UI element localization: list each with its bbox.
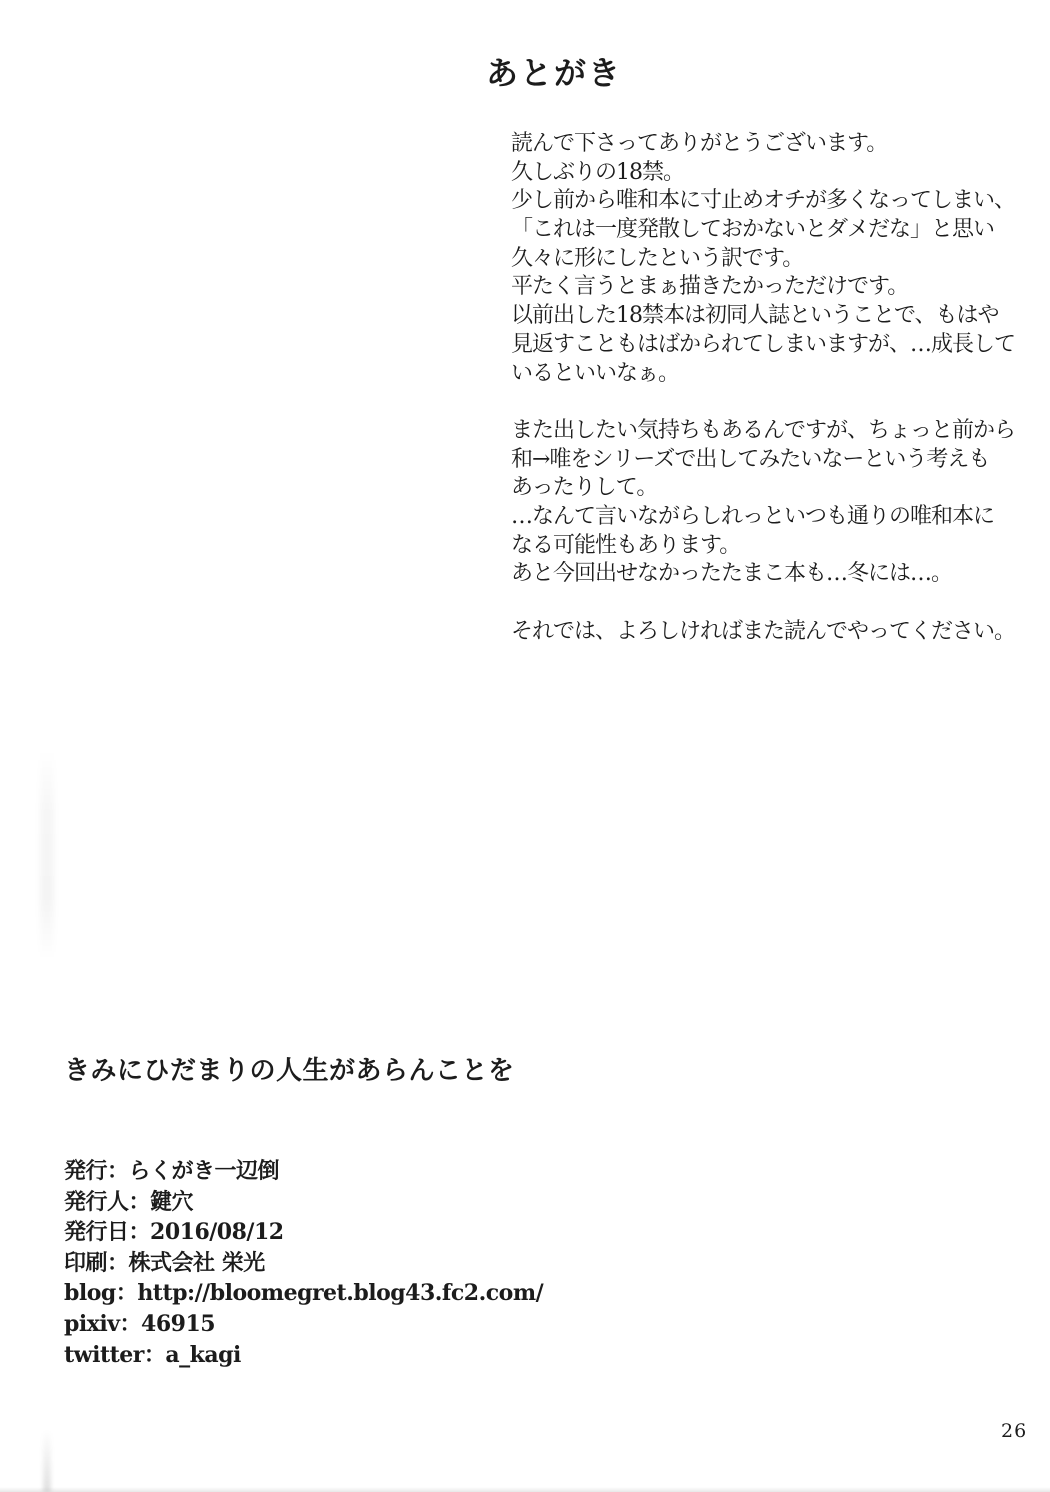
scanned-document-page: あとがき 読んで下さってありがとうございます。 久しぶりの18禁。 少し前から唯… [0,0,1050,1492]
colophon-separator: ： [116,1280,138,1306]
afterword-line: また出したい気持ちもあるんですが、ちょっと前から [511,417,1015,446]
afterword-line: 和→唯をシリーズで出してみたいなーという考えも [511,446,1015,475]
afterword-line: 見返すこともはばかられてしまいますが、…成長して [511,331,1015,360]
afterword-line: 少し前から唯和本に寸止めオチが多くなってしまい、 [511,187,1015,216]
colophon-label: blog [64,1280,116,1306]
colophon-separator: ： [144,1342,166,1368]
afterword-line: いるといいなぁ。 [511,360,1015,389]
colophon-value: らくがき一辺倒 [129,1158,280,1184]
colophon-entry-date: 発行日：2016/08/12 [64,1217,543,1248]
afterword-line: 平たく言うとまぁ描きたかっただけです。 [511,273,1015,302]
colophon-value: 2016/08/12 [150,1219,284,1245]
afterword-line: 久々に形にしたという訳です。 [511,245,1015,274]
colophon-label: pixiv [64,1311,120,1337]
afterword-body: 読んで下さってありがとうございます。 久しぶりの18禁。 少し前から唯和本に寸止… [511,130,1015,646]
colophon-value: http://bloomegret.blog43.fc2.com/ [137,1280,543,1306]
afterword-line: 「これは一度発散しておかないとダメだな」と思い [511,216,1015,245]
scan-artifact-streak [40,750,54,960]
afterword-line-blank [511,388,1015,417]
colophon-label: 印刷 [64,1250,107,1276]
colophon-value: 鍵穴 [150,1189,193,1215]
afterword-title: あとがき [486,48,622,94]
colophon-label: twitter [64,1342,144,1368]
afterword-line: あったりして。 [511,474,1015,503]
afterword-line: …なんて言いながらしれっといつも通りの唯和本に [511,503,1015,532]
colophon-entry-pixiv: pixiv：46915 [64,1309,543,1340]
colophon-label: 発行人 [64,1189,129,1215]
colophon-separator: ： [107,1158,129,1184]
page-number: 26 [1001,1420,1027,1442]
colophon-value: a_kagi [165,1342,241,1368]
afterword-line: それでは、よろしければまた読んでやってください。 [511,618,1015,647]
colophon-entry-author: 発行人：鍵穴 [64,1187,543,1218]
afterword-line: なる可能性もあります。 [511,532,1015,561]
scan-artifact-edge [0,1487,1050,1492]
colophon-separator: ： [129,1219,151,1245]
colophon-label: 発行 [64,1158,107,1184]
colophon-value: 株式会社 栄光 [129,1250,265,1276]
colophon-separator: ： [120,1311,142,1337]
colophon-entry-twitter: twitter：a_kagi [64,1340,543,1371]
afterword-line: 久しぶりの18禁。 [511,159,1015,188]
scan-artifact-streak [43,1430,51,1492]
book-title: きみにひだまりの人生があらんことを [64,1050,515,1087]
colophon-separator: ： [129,1189,151,1215]
colophon-separator: ： [107,1250,129,1276]
afterword-line-blank [511,589,1015,618]
colophon-value: 46915 [141,1311,215,1337]
afterword-line: 読んで下さってありがとうございます。 [511,130,1015,159]
colophon-entry-printer: 印刷：株式会社 栄光 [64,1248,543,1279]
colophon: 発行：らくがき一辺倒 発行人：鍵穴 発行日：2016/08/12 印刷：株式会社… [64,1156,543,1370]
colophon-entry-publisher: 発行：らくがき一辺倒 [64,1156,543,1187]
colophon-entry-blog: blog：http://bloomegret.blog43.fc2.com/ [64,1278,543,1309]
colophon-label: 発行日 [64,1219,129,1245]
afterword-line: あと今回出せなかったたまこ本も…冬には…。 [511,560,1015,589]
afterword-line: 以前出した18禁本は初同人誌ということで、もはや [511,302,1015,331]
